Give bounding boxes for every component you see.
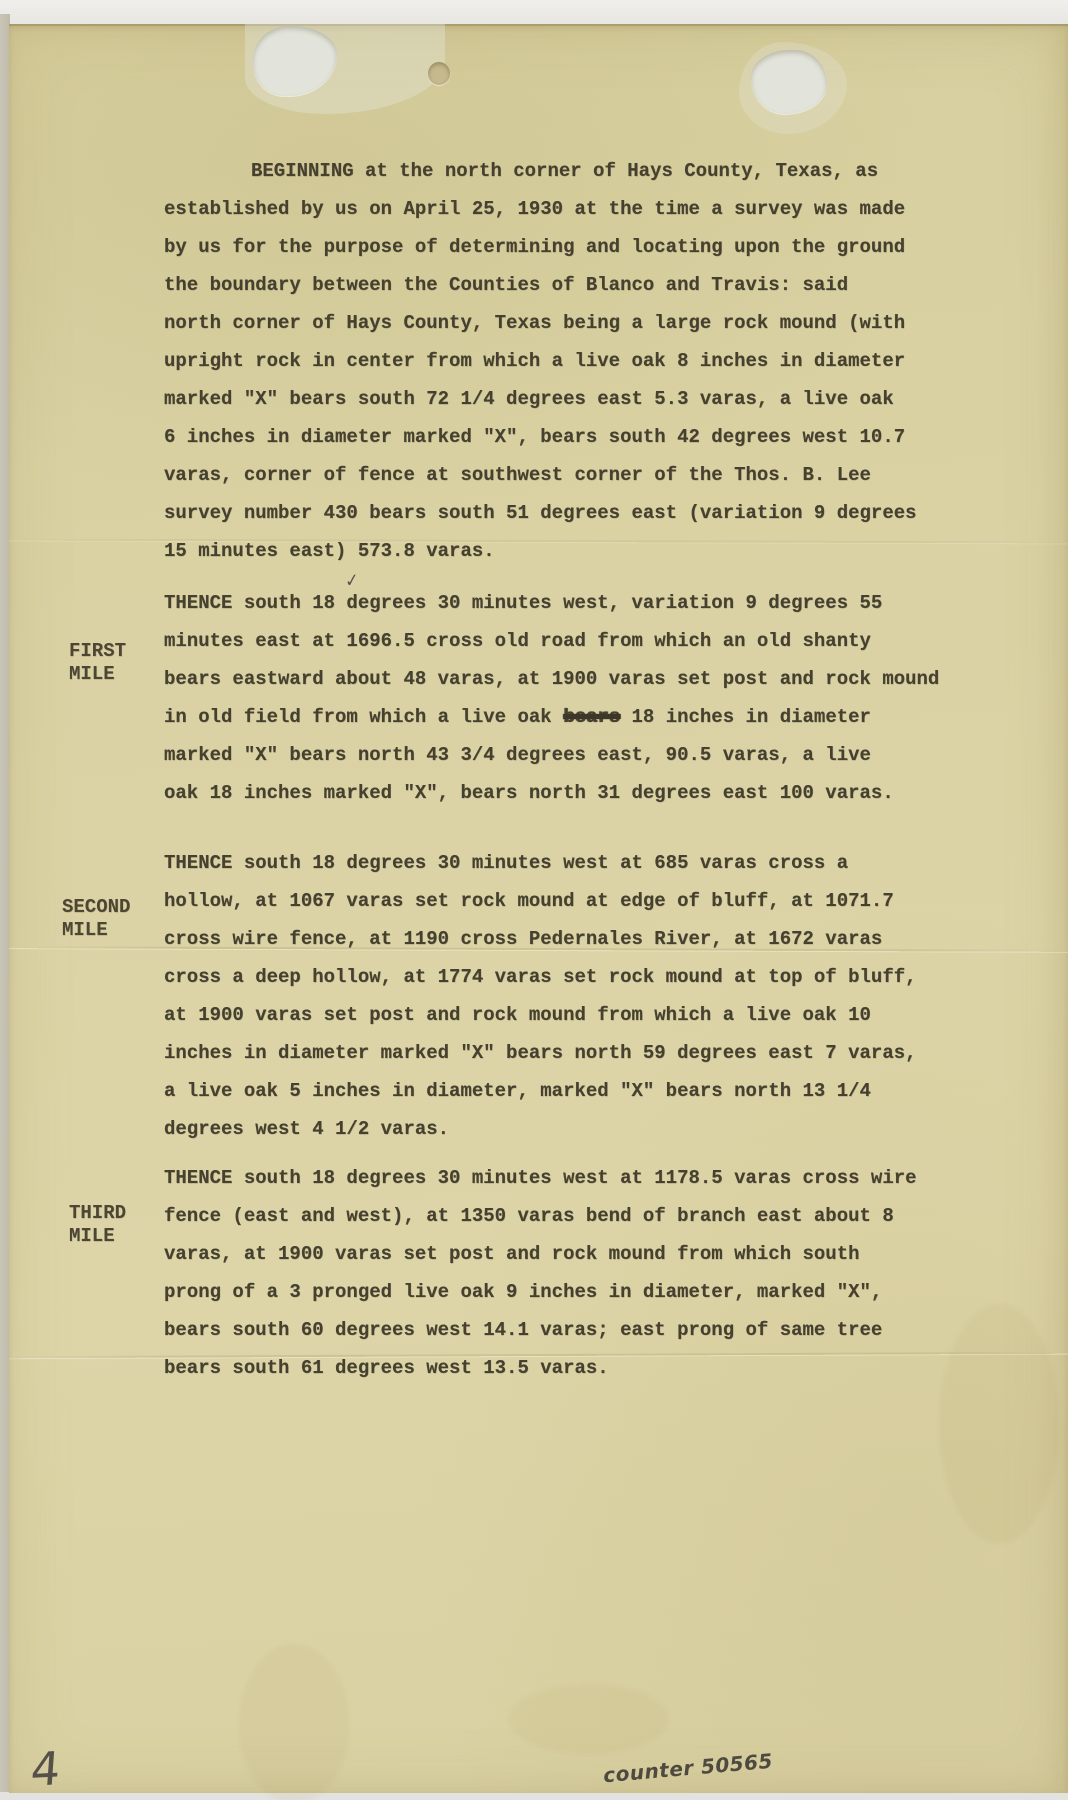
document-paper: BEGINNING at the north corner of Hays Co…	[9, 24, 1068, 1793]
paper-stain	[509, 1684, 669, 1754]
margin-label-first-mile: FIRST MILE	[69, 640, 126, 686]
paragraph-opening: BEGINNING at the north corner of Hays Co…	[164, 152, 976, 570]
punch-hole	[428, 62, 450, 85]
scanned-page-background: BEGINNING at the north corner of Hays Co…	[0, 0, 1068, 1800]
paper-stain	[239, 1644, 349, 1800]
paper-tear-right	[751, 50, 827, 114]
margin-label-third-mile: THIRD MILE	[69, 1202, 126, 1248]
handwritten-page-number: 4	[29, 1745, 62, 1792]
paragraph-first-mile: THENCE south 18 degrees 30 minutes west,…	[164, 584, 976, 812]
overstruck-word: bears	[563, 706, 620, 728]
margin-label-second-mile: SECOND MILE	[62, 896, 130, 942]
paper-top-edge	[9, 24, 1068, 26]
scan-backing-bottom	[0, 1792, 1068, 1800]
scan-backing-top	[0, 0, 1068, 26]
handwritten-check-mark: ✓	[344, 570, 360, 593]
paragraph-second-mile: THENCE south 18 degrees 30 minutes west …	[164, 844, 976, 1148]
handwritten-counter-note: counter 50565	[602, 1749, 774, 1788]
paragraph-third-mile: THENCE south 18 degrees 30 minutes west …	[164, 1159, 976, 1387]
